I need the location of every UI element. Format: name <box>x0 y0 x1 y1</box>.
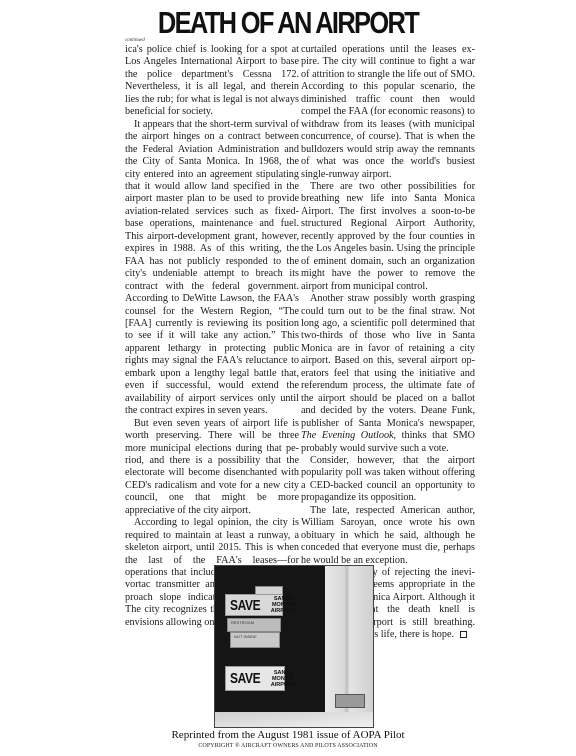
paragraph: But even seven years of airport life is … <box>125 418 299 518</box>
paragraph: It appears that the short-term survival … <box>125 119 299 418</box>
paragraph: Another straw possibly worth grasp­ing c… <box>301 293 475 455</box>
save-airport-sign: SAVE SANTAMONICAAIRPORT <box>225 666 285 691</box>
paper-scrap: NOT INSIDE <box>230 632 280 648</box>
right-column: curtailed operations until the leases ex… <box>301 44 475 642</box>
paragraph-text: Another straw possibly worth grasp­ing c… <box>301 293 475 429</box>
end-mark-icon <box>460 631 467 638</box>
left-column: ica's police chief is looking for a spot… <box>125 44 299 629</box>
continued-label: continued <box>125 38 145 43</box>
photo-caption: Reprinted from the August 1981 issue of … <box>0 729 576 741</box>
window-sill <box>215 712 373 727</box>
save-airport-sign: SAVE SANTAMONICAAIRPORT <box>225 594 283 616</box>
paper-scrap: RESTROOM <box>227 618 281 632</box>
paragraph: There are two other possibilities for br… <box>301 181 475 293</box>
paragraph: Consider, however, that the airport popu… <box>301 455 475 505</box>
article-title: DEATH OF AN AIRPORT <box>52 6 524 40</box>
paragraph: ica's police chief is looking for a spot… <box>125 44 299 119</box>
paragraph: curtailed operations until the leases ex… <box>301 44 475 181</box>
paragraph: The late, respected American author, Wil… <box>301 505 475 567</box>
latch <box>335 694 365 708</box>
newspaper-name: The Evening Outlook, <box>301 430 396 441</box>
article-photo: SAVE SANTAMONICAAIRPORT RESTROOM NOT INS… <box>214 565 374 728</box>
copyright-notice: COPYRIGHT ® AIRCRAFT OWNERS AND PILOTS A… <box>0 743 576 749</box>
